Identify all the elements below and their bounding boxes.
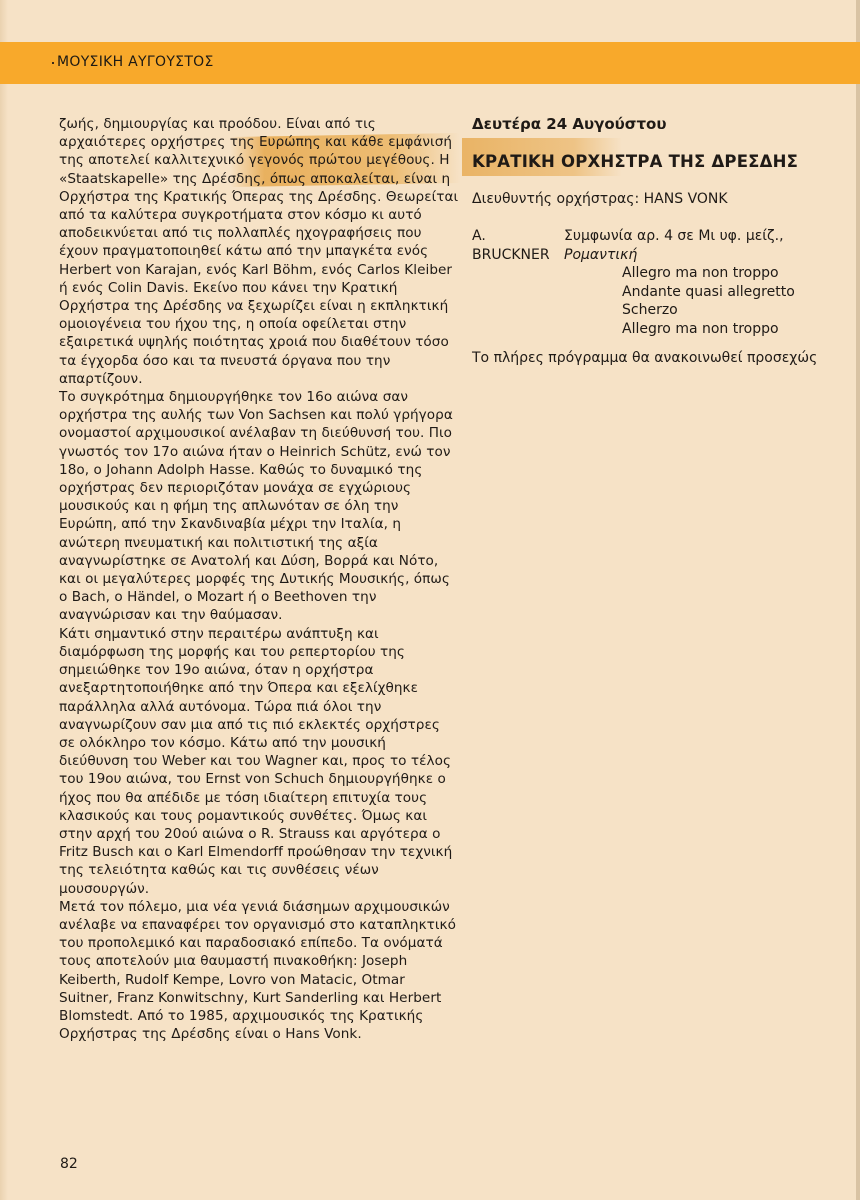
movement-item: Allegro ma non troppo [622,264,842,283]
article-paragraph: Μετά τον πόλεμο, μια νέα γενιά διάσημων … [59,898,459,1044]
article-paragraph: Το συγκρότημα δημιουργήθηκε τον 16ο αιών… [59,388,459,625]
program-block: A. BRUCKNER Συμφωνία αρ. 4 σε Μι υφ. μεί… [472,227,842,338]
orchestra-name: ΚΡΑΤΙΚΗ ΟΡΧΗΣΤΡΑ ΤΗΣ ΔΡΕΣΔΗΣ [472,152,842,171]
concert-listing: Δευτέρα 24 Αυγούστου ΚΡΑΤΙΚΗ ΟΡΧΗΣΤΡΑ ΤΗ… [472,115,842,366]
movement-item: Andante quasi allegretto [622,283,842,302]
page-edge-shadow [0,0,8,1200]
movement-item: Scherzo [622,301,842,320]
composer-name: A. BRUCKNER [472,227,564,338]
section-title: ΜΟΥΣΙΚΗ ΑΥΓΟΥΣΤΟΣ [57,54,214,70]
work-subtitle: Ρομαντική [564,246,842,265]
program-note: Το πλήρες πρόγραμμα θα ανακοινωθεί προσε… [472,350,842,366]
page-number: 82 [60,1156,78,1172]
work-title: Συμφωνία αρ. 4 σε Μι υφ. μείζ., [564,227,842,246]
concert-date: Δευτέρα 24 Αυγούστου [472,115,842,133]
conductor-line: Διευθυντής ορχήστρας: HANS VONK [472,191,842,207]
article-paragraph: ζωής, δημιουργίας και προόδου. Είναι από… [59,115,459,388]
movement-list: Allegro ma non troppo Andante quasi alle… [564,264,842,338]
bullet-dot [52,62,54,64]
article-paragraph: Κάτι σημαντικό στην περαιτέρω ανάπτυξη κ… [59,625,459,898]
movement-item: Allegro ma non troppo [622,320,842,339]
page-edge-right [856,0,860,1200]
article-body: ζωής, δημιουργίας και προόδου. Είναι από… [59,115,459,1043]
work-details: Συμφωνία αρ. 4 σε Μι υφ. μείζ., Ρομαντικ… [564,227,842,338]
